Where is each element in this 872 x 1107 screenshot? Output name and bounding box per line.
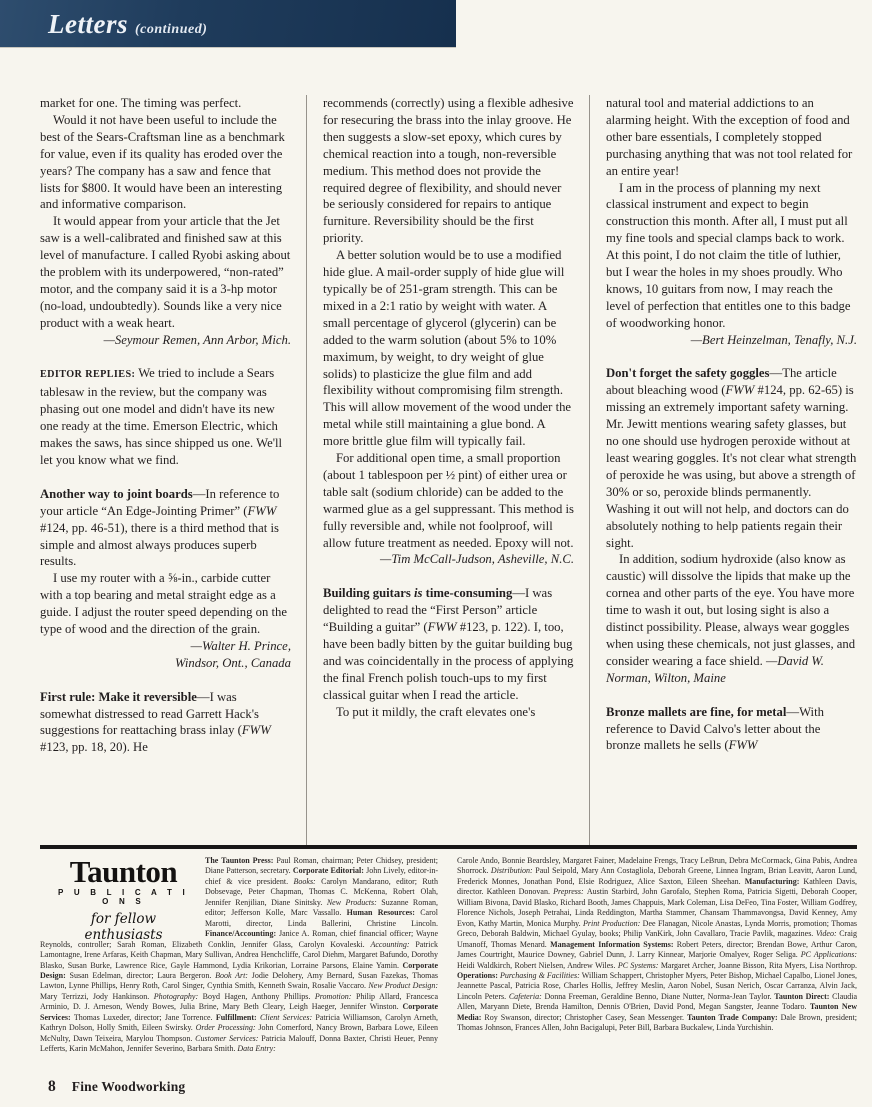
taunton-logo-name: Taunton xyxy=(52,857,195,887)
masthead-right-column: Carole Ando, Bonnie Beardsley, Margaret … xyxy=(457,856,857,1055)
magazine-title: Fine Woodworking xyxy=(72,1079,186,1095)
text-segment: FWW xyxy=(729,738,758,752)
text-segment: I am in the process of planning my next … xyxy=(606,181,851,330)
text-segment: Windsor, Ont., Canada xyxy=(175,656,291,670)
text-segment: Distribution: xyxy=(491,866,535,875)
text-segment: FWW xyxy=(725,383,754,397)
text-segment: Accounting: xyxy=(370,940,415,949)
text-segment: Would it not have been useful to include… xyxy=(40,113,285,212)
text-segment: Books: xyxy=(294,877,322,886)
text-segment: Taunton Trade Company: xyxy=(687,1013,781,1022)
letter-signature: Windsor, Ont., Canada xyxy=(40,655,291,672)
text-segment: market for one. The timing was perfect. xyxy=(40,96,241,110)
text-segment: FWW xyxy=(428,620,457,634)
text-segment: Human Resources: xyxy=(347,908,421,917)
text-segment: #124, pp. 62-65) is missing an extremely… xyxy=(606,383,856,549)
text-segment: In addition, sodium hydroxide (also know… xyxy=(606,552,855,667)
text-segment: Purchasing & Facilities: xyxy=(500,971,582,980)
letter-paragraph: In addition, sodium hydroxide (also know… xyxy=(606,551,857,686)
masthead-divider-rule xyxy=(40,845,857,849)
text-segment: Book Art: xyxy=(215,971,252,980)
letters-column-3: natural tool and material addictions to … xyxy=(590,95,857,845)
letter-paragraph: EDITOR REPLIES: We tried to include a Se… xyxy=(40,365,291,468)
text-segment: Boyd Hagen, Anthony Phillips. xyxy=(203,992,315,1001)
text-segment: —Bert Heinzelman, Tenafly, N.J. xyxy=(691,333,857,347)
text-segment: EDITOR REPLIES: xyxy=(40,369,138,380)
magazine-page: { "header": { "title": "Letters", "conti… xyxy=(0,0,872,1107)
page-folio: 8 Fine Woodworking xyxy=(48,1078,185,1096)
page-header-banner: Letters(continued) xyxy=(0,0,456,47)
section-title-continued: (continued) xyxy=(135,22,207,37)
text-segment: —Seymour Remen, Ann Arbor, Mich. xyxy=(104,333,291,347)
text-segment: Another way to joint boards xyxy=(40,487,193,501)
text-segment: It would appear from your article that t… xyxy=(40,214,290,329)
text-segment: FWW xyxy=(248,504,277,518)
text-segment: Customer Services: xyxy=(195,1034,261,1043)
text-segment: The Taunton Press: xyxy=(205,856,276,865)
letter-signature: —Walter H. Prince, xyxy=(40,638,291,655)
letter-paragraph: First rule: Make it reversible—I was som… xyxy=(40,689,291,757)
letter-paragraph: I use my router with a ⅝-in., carbide cu… xyxy=(40,570,291,638)
letter-paragraph: natural tool and material addictions to … xyxy=(606,95,857,180)
text-segment: Thomas Luxeder, director; Jane Torrence. xyxy=(74,1013,216,1022)
text-segment: —Walter H. Prince, xyxy=(191,639,291,653)
section-title: Letters(continued) xyxy=(48,9,207,40)
text-segment: #124, pp. 46-51), there is a third metho… xyxy=(40,521,279,569)
text-segment: Heidi Waldkirch, Robert Nielsen, Andrew … xyxy=(457,961,618,970)
text-segment: New Products: xyxy=(327,898,381,907)
text-segment: Roy Swanson, director; Christopher Casey… xyxy=(484,1013,687,1022)
letter-paragraph: Bronze mallets are fine, for metal—With … xyxy=(606,704,857,755)
text-segment: #123, pp. 18, 20). He xyxy=(40,740,148,754)
text-segment: Client Services: xyxy=(260,1013,315,1022)
text-segment: FWW xyxy=(242,723,271,737)
taunton-logo: Taunton P U B L I C A T I O N S for fell… xyxy=(52,857,195,933)
letters-column-1: market for one. The timing was perfect.W… xyxy=(40,95,307,845)
masthead-right-text: Carole Ando, Bonnie Beardsley, Margaret … xyxy=(457,856,857,1034)
letter-paragraph: market for one. The timing was perfect. xyxy=(40,95,291,112)
text-segment: Photography: xyxy=(154,992,203,1001)
text-segment: For additional open time, a small propor… xyxy=(323,451,574,550)
text-segment: Corporate Editorial: xyxy=(293,866,366,875)
letter-paragraph: Don't forget the safety goggles—The arti… xyxy=(606,365,857,551)
text-segment: Bronze mallets are fine, for metal xyxy=(606,705,786,719)
letter-paragraph: A better solution would be to use a modi… xyxy=(323,247,574,450)
text-segment: Cafeteria: xyxy=(509,992,545,1001)
text-segment: Don't forget the safety goggles xyxy=(606,366,770,380)
taunton-logo-tagline: for fellow enthusiasts xyxy=(52,911,195,943)
text-segment: —Tim McCall-Judson, Asheville, N.C. xyxy=(380,552,574,566)
letter-paragraph: It would appear from your article that t… xyxy=(40,213,291,331)
masthead: Taunton P U B L I C A T I O N S for fell… xyxy=(40,856,857,1055)
text-segment: PC Systems: xyxy=(618,961,661,970)
taunton-logo-publications: P U B L I C A T I O N S xyxy=(52,888,195,906)
text-segment: Donna Freeman, Geraldine Benno, Diane Nu… xyxy=(544,992,774,1001)
text-segment: Susan Edelman, director; Laura Bergeron. xyxy=(70,971,216,980)
text-segment: Prepress: xyxy=(553,887,587,896)
letter-paragraph: Building guitars is time-consuming—I was… xyxy=(323,585,574,703)
text-segment: Operations: xyxy=(457,971,500,980)
letter-paragraph: I am in the process of planning my next … xyxy=(606,180,857,332)
letter-paragraph: For additional open time, a small propor… xyxy=(323,450,574,551)
text-segment: Management Information Systems: xyxy=(550,940,677,949)
text-segment: Order Processing: xyxy=(196,1023,259,1032)
text-segment: Building guitars xyxy=(323,586,414,600)
letter-signature: —Seymour Remen, Ann Arbor, Mich. xyxy=(40,332,291,349)
text-segment: time-consuming xyxy=(422,586,512,600)
text-segment: Print Production: xyxy=(583,919,643,928)
masthead-left-column: Taunton P U B L I C A T I O N S for fell… xyxy=(40,856,438,1055)
letter-paragraph: Would it not have been useful to include… xyxy=(40,112,291,213)
text-segment: Finance/Accounting: xyxy=(205,929,279,938)
text-segment: Data Entry: xyxy=(237,1044,275,1053)
text-segment: Fulfillment: xyxy=(216,1013,260,1022)
section-title-text: Letters xyxy=(48,9,128,39)
text-segment: I use my router with a ⅝-in., carbide cu… xyxy=(40,571,287,636)
text-segment: Margaret Archer, Joanne Bisson, Rita Mye… xyxy=(661,961,857,970)
text-segment: To put it mildly, the craft elevates one… xyxy=(336,705,535,719)
letter-paragraph: recommends (correctly) using a flexible … xyxy=(323,95,574,247)
text-segment: Taunton Direct: xyxy=(774,992,832,1001)
text-segment: Manufacturing: xyxy=(745,877,804,886)
text-segment: First rule: Make it reversible xyxy=(40,690,197,704)
letters-columns: market for one. The timing was perfect.W… xyxy=(40,95,857,845)
letters-column-2: recommends (correctly) using a flexible … xyxy=(307,95,590,845)
text-segment: PC Applications: xyxy=(801,950,857,959)
text-segment: Video: xyxy=(816,929,839,938)
letter-signature: —Bert Heinzelman, Tenafly, N.J. xyxy=(606,332,857,349)
letter-paragraph: Another way to joint boards—In reference… xyxy=(40,486,291,571)
letter-signature: —Tim McCall-Judson, Asheville, N.C. xyxy=(323,551,574,568)
letter-paragraph: To put it mildly, the craft elevates one… xyxy=(323,704,574,721)
text-segment: natural tool and material addictions to … xyxy=(606,96,852,178)
text-segment: New Product Design: xyxy=(368,981,438,990)
text-segment: A better solution would be to use a modi… xyxy=(323,248,571,448)
text-segment: We tried to include a Sears tablesaw in … xyxy=(40,366,282,467)
text-segment: Promotion: xyxy=(315,992,356,1001)
text-segment: Mary Terrizzi, Jody Hankinson. xyxy=(40,992,154,1001)
page-number: 8 xyxy=(48,1078,56,1096)
text-segment: recommends (correctly) using a flexible … xyxy=(323,96,573,245)
